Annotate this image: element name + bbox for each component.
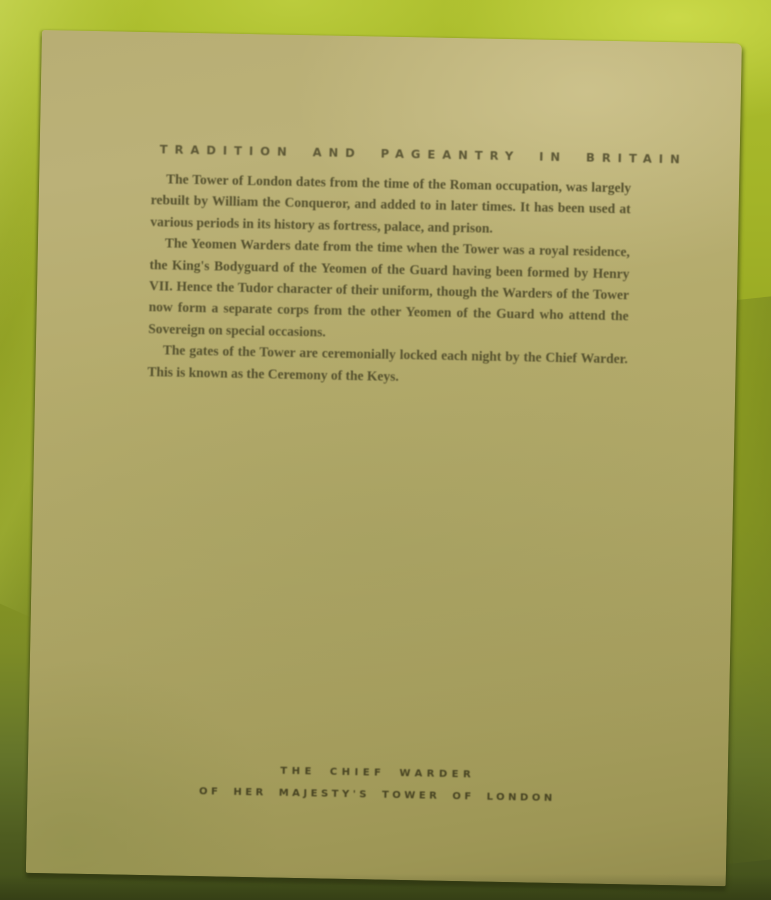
- body-paragraph: The Tower of London dates from the time …: [150, 168, 631, 241]
- card-caption: THE CHIEF WARDER OF HER MAJESTY'S TOWER …: [27, 756, 728, 813]
- body-paragraph: The Yeomen Warders date from the time wh…: [148, 232, 630, 348]
- photo-of-card: TRADITION AND PAGEANTRY IN BRITAIN The T…: [0, 0, 771, 900]
- photo-bottom-shadow: [0, 874, 771, 900]
- printed-card: TRADITION AND PAGEANTRY IN BRITAIN The T…: [26, 30, 742, 886]
- body-paragraph: The gates of the Tower are ceremonially …: [147, 339, 628, 391]
- card-face: TRADITION AND PAGEANTRY IN BRITAIN The T…: [26, 30, 742, 886]
- card-title: TRADITION AND PAGEANTRY IN BRITAIN: [40, 30, 742, 167]
- card-body-text: The Tower of London dates from the time …: [35, 154, 739, 393]
